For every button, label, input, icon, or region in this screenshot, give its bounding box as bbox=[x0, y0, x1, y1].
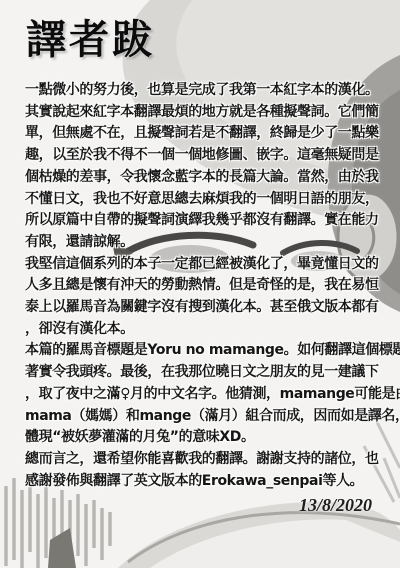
afterword-line: mama（媽媽）和mange（滿月）組合而成，因而如是譯名，來 bbox=[25, 406, 380, 428]
afterword-line: 總而言之，還希望你能喜歡我的翻譯。謝謝支持的諸位，也 bbox=[25, 449, 380, 471]
afterword-line: 我堅信這個系列的本子一定都已經被漢化了，畢竟懂日文的 bbox=[25, 254, 380, 276]
afterword-line: 人多且總是懷有沖天的勞動熱情。但是奇怪的是，我在易恒 bbox=[25, 275, 380, 297]
afterword-line: ，取了夜中之滿♀月的中文名字。他猜測，mamange可能是由 bbox=[25, 384, 380, 406]
date-text: 13/8/2020 bbox=[299, 495, 372, 516]
afterword-line: 趣，以至於我不得不一個一個地修圖、嵌字。這毫無疑問是 bbox=[25, 145, 380, 167]
afterword-line: 一點微小的努力後，也算是完成了我第一本紅字本的漢化。 bbox=[25, 80, 380, 102]
afterword-line: 其實說起來紅字本翻譯最煩的地方就是各種擬聲詞。它們簡 bbox=[25, 102, 380, 124]
afterword-line: 著實令我頭疼。最後，在我那位曉日文之朋友的見一建議下 bbox=[25, 362, 380, 384]
afterword-line: 泰上以羅馬音為關鍵字沒有搜到漢化本。甚至俄文版本都有 bbox=[25, 297, 380, 319]
afterword-content: 譯者跋 一點微小的努力後，也算是完成了我第一本紅字本的漢化。其實說起來紅字本翻譯… bbox=[0, 0, 400, 568]
afterword-line: 本篇的羅馬音標題是Yoru no mamange。如何翻譯這個標題， bbox=[25, 340, 380, 362]
afterword-line: 單，但無處不在，且擬聲詞若是不翻譯，終歸是少了一點樂 bbox=[25, 123, 380, 145]
afterword-line: 體現“被妖夢灌滿的月兔”的意味XD。 bbox=[25, 427, 380, 449]
page-title: 譯者跋 bbox=[26, 8, 155, 65]
afterword-text: 一點微小的努力後，也算是完成了我第一本紅字本的漢化。其實說起來紅字本翻譯最煩的地… bbox=[25, 80, 380, 492]
afterword-line: 有限，還請諒解。 bbox=[25, 232, 380, 254]
afterword-line: 感謝發佈與翻譯了英文版本的Erokawa_senpai等人。 bbox=[25, 471, 380, 493]
afterword-line: 個枯燥的差事，令我懷念藍字本的長篇大論。當然，由於我 bbox=[25, 167, 380, 189]
afterword-line: 不懂日文，我也不好意思總去麻煩我的一個明日語的朋友， bbox=[25, 189, 380, 211]
afterword-line: 所以原篇中自帶的擬聲詞演繹我幾乎都沒有翻譯。實在能力 bbox=[25, 210, 380, 232]
afterword-line: ，卻沒有漢化本。 bbox=[25, 319, 380, 341]
translator-afterword-page: 譯者跋 一點微小的努力後，也算是完成了我第一本紅字本的漢化。其實說起來紅字本翻譯… bbox=[0, 0, 400, 568]
